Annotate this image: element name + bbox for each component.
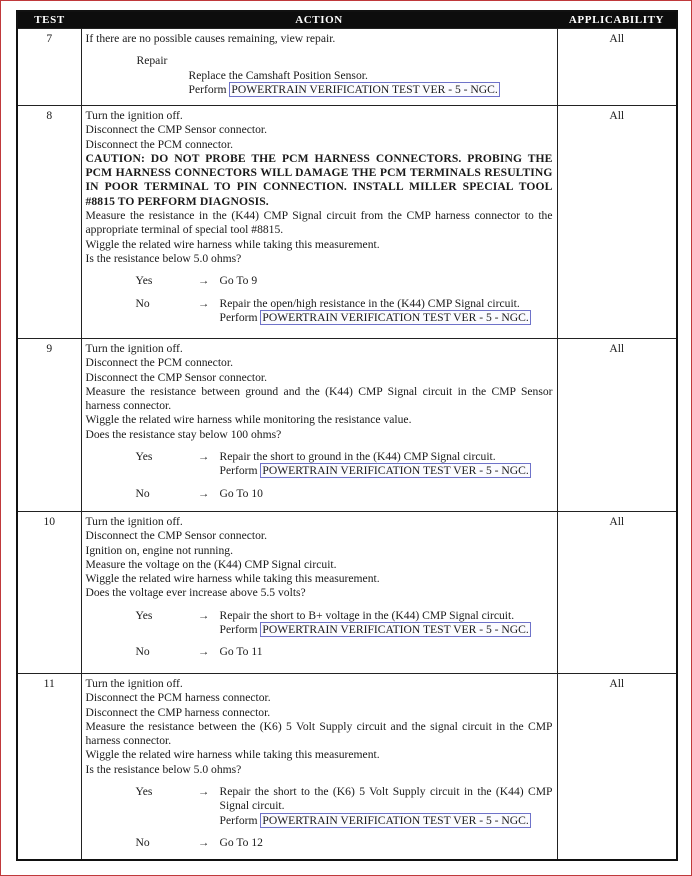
action-cell: If there are no possible causes remainin… [81, 29, 557, 106]
applicability-value: All [557, 674, 677, 860]
perform-label: Perform [220, 623, 258, 636]
perform-label: Perform [220, 814, 258, 827]
table-header-row: TEST ACTION APPLICABILITY [17, 11, 677, 29]
repair-label: Repair [86, 54, 553, 68]
action-cell: Turn the ignition off. Disconnect the PC… [81, 339, 557, 512]
action-step: Turn the ignition off. [86, 342, 553, 356]
no-response: No → Go To 12 [86, 836, 553, 850]
yes-result: Repair the short to ground in the (K44) … [220, 450, 553, 464]
action-step: Ignition on, engine not running. [86, 544, 553, 558]
diagnostic-table: TEST ACTION APPLICABILITY 7 If there are… [16, 10, 678, 861]
action-step: Wiggle the related wire harness while ta… [86, 572, 553, 586]
action-question: Is the resistance below 5.0 ohms? [86, 763, 553, 777]
action-cell: Turn the ignition off. Disconnect the CM… [81, 512, 557, 674]
action-step: Disconnect the CMP harness connector. [86, 706, 553, 720]
no-response: No → Repair the open/high resistance in … [86, 297, 553, 326]
arrow-right-icon: → [188, 645, 220, 659]
test-number: 10 [17, 512, 81, 674]
yes-label: Yes [86, 785, 188, 828]
no-label: No [86, 487, 188, 501]
perform-label: Perform [189, 83, 227, 96]
no-label: No [86, 836, 188, 850]
arrow-right-icon: → [188, 785, 220, 828]
column-header-test: TEST [17, 11, 81, 29]
arrow-right-icon: → [188, 450, 220, 479]
yes-response: Yes → Repair the short to ground in the … [86, 450, 553, 479]
table-row-test-8: 8 Turn the ignition off. Disconnect the … [17, 106, 677, 339]
arrow-right-icon: → [188, 297, 220, 326]
powertrain-verification-test-link[interactable]: POWERTRAIN VERIFICATION TEST VER - 5 - N… [229, 82, 499, 97]
test-number: 8 [17, 106, 81, 339]
table-row-test-7: 7 If there are no possible causes remain… [17, 29, 677, 106]
arrow-right-icon: → [188, 836, 220, 850]
action-step: Measure the resistance between the (K6) … [86, 720, 553, 749]
action-step: Turn the ignition off. [86, 515, 553, 529]
applicability-value: All [557, 512, 677, 674]
table-row-test-9: 9 Turn the ignition off. Disconnect the … [17, 339, 677, 512]
action-cell: Turn the ignition off. Disconnect the PC… [81, 674, 557, 860]
powertrain-verification-test-link[interactable]: POWERTRAIN VERIFICATION TEST VER - 5 - N… [260, 813, 530, 828]
perform-label: Perform [220, 311, 258, 324]
powertrain-verification-test-link[interactable]: POWERTRAIN VERIFICATION TEST VER - 5 - N… [260, 310, 530, 325]
action-question: Does the voltage ever increase above 5.5… [86, 586, 553, 600]
no-response: No → Go To 11 [86, 645, 553, 659]
table-row-test-11: 11 Turn the ignition off. Disconnect the… [17, 674, 677, 860]
action-step: Turn the ignition off. [86, 109, 553, 123]
action-step: Disconnect the CMP Sensor connector. [86, 529, 553, 543]
action-step: Disconnect the PCM connector. [86, 356, 553, 370]
no-result: Go To 11 [220, 645, 553, 659]
column-header-action: ACTION [81, 11, 557, 29]
action-question: Does the resistance stay below 100 ohms? [86, 428, 553, 442]
action-step: Wiggle the related wire harness while mo… [86, 413, 553, 427]
action-step: Disconnect the PCM harness connector. [86, 691, 553, 705]
no-label: No [86, 645, 188, 659]
arrow-right-icon: → [188, 609, 220, 638]
action-step: Measure the voltage on the (K44) CMP Sig… [86, 558, 553, 572]
powertrain-verification-test-link[interactable]: POWERTRAIN VERIFICATION TEST VER - 5 - N… [260, 622, 530, 637]
action-step: Measure the resistance between ground an… [86, 385, 553, 414]
arrow-right-icon: → [188, 487, 220, 501]
yes-result: Repair the short to B+ voltage in the (K… [220, 609, 553, 623]
no-result: Go To 10 [220, 487, 553, 501]
yes-label: Yes [86, 274, 188, 288]
test-number: 7 [17, 29, 81, 106]
action-step: Disconnect the CMP Sensor connector. [86, 371, 553, 385]
repair-step: Replace the Camshaft Position Sensor. [189, 69, 553, 83]
caution-text: CAUTION: DO NOT PROBE THE PCM HARNESS CO… [86, 152, 553, 209]
yes-result: Repair the short to the (K6) 5 Volt Supp… [220, 785, 553, 814]
perform-label: Perform [220, 464, 258, 477]
yes-label: Yes [86, 450, 188, 479]
arrow-right-icon: → [188, 274, 220, 288]
yes-response: Yes → Repair the short to B+ voltage in … [86, 609, 553, 638]
applicability-value: All [557, 339, 677, 512]
action-step: Disconnect the CMP Sensor connector. [86, 123, 553, 137]
action-cell: Turn the ignition off. Disconnect the CM… [81, 106, 557, 339]
no-label: No [86, 297, 188, 326]
yes-response: Yes → Go To 9 [86, 274, 553, 288]
action-step: If there are no possible causes remainin… [86, 32, 553, 46]
action-step: Measure the resistance in the (K44) CMP … [86, 209, 553, 238]
yes-response: Yes → Repair the short to the (K6) 5 Vol… [86, 785, 553, 828]
powertrain-verification-test-link[interactable]: POWERTRAIN VERIFICATION TEST VER - 5 - N… [260, 463, 530, 478]
table-row-test-10: 10 Turn the ignition off. Disconnect the… [17, 512, 677, 674]
action-step: Wiggle the related wire harness while ta… [86, 748, 553, 762]
action-step: Wiggle the related wire harness while ta… [86, 238, 553, 252]
action-step: Turn the ignition off. [86, 677, 553, 691]
action-question: Is the resistance below 5.0 ohms? [86, 252, 553, 266]
action-step: Disconnect the PCM connector. [86, 138, 553, 152]
no-result: Go To 12 [220, 836, 553, 850]
applicability-value: All [557, 29, 677, 106]
column-header-applicability: APPLICABILITY [557, 11, 677, 29]
yes-result: Go To 9 [220, 274, 553, 288]
yes-label: Yes [86, 609, 188, 638]
no-result: Repair the open/high resistance in the (… [220, 297, 553, 311]
test-number: 9 [17, 339, 81, 512]
applicability-value: All [557, 106, 677, 339]
test-number: 11 [17, 674, 81, 860]
no-response: No → Go To 10 [86, 487, 553, 501]
